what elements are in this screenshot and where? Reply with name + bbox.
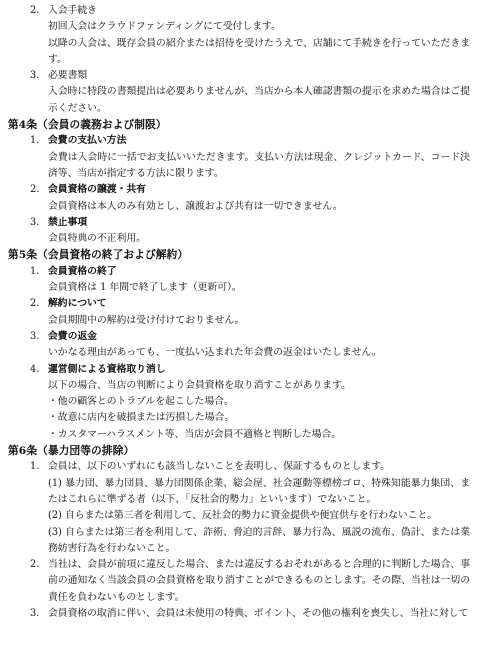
paragraph: 会員特典の不正利用。 xyxy=(48,231,470,247)
item-number: 2. xyxy=(30,296,48,329)
item-title: 禁止事項 xyxy=(48,215,470,231)
item-number: 4. xyxy=(30,362,48,443)
item-content: 会員は、以下のいずれにも該当しないことを表明し、保証するものとします。 (1) … xyxy=(48,459,470,557)
item-content: 会員資格の終了 会員資格は 1 年間で終了します（更新可）。 xyxy=(48,264,470,297)
item-content: 運営側による資格取り消し 以下の場合、当店の判断により会員資格を取り消すことがあ… xyxy=(48,362,470,443)
paragraph: 以下の場合、当店の判断により会員資格を取り消すことがあります。 xyxy=(48,378,470,394)
item-title: 会費の支払い方法 xyxy=(48,133,470,149)
bullet-item: ・他の顧客とのトラブルを起こした場合。 xyxy=(48,394,470,410)
paragraph: 会員資格は本人のみ有効とし、譲渡および共有は一切できません。 xyxy=(48,199,470,215)
paragraph: 会員資格は 1 年間で終了します（更新可）。 xyxy=(48,280,470,296)
paragraph: 以降の入会は、既存会員の紹介または招待を受けたうえで、店舗にて手続きを行っていた… xyxy=(48,36,470,69)
item-content: 入会手続き 初回入会はクラウドファンディングにて受付します。 以降の入会は、既存… xyxy=(48,3,470,68)
item-title: 必要書類 xyxy=(48,68,470,84)
list-item: 1. 会費の支払い方法 会費は入会時に一括でお支払いいただきます。支払い方法は現… xyxy=(8,133,470,182)
item-content: 会員資格の取消に伴い、会員は未使用の特典、ポイント、その他の権利を喪失し、当社に… xyxy=(48,606,470,622)
list-item: 2. 当社は、会員が前項に違反した場合、または違反するおそれがあると合理的に判断… xyxy=(8,557,470,606)
item-content: 解約について 会員期間中の解約は受け付けておりません。 xyxy=(48,296,470,329)
paragraph: 会員資格の取消に伴い、会員は未使用の特典、ポイント、その他の権利を喪失し、当社に… xyxy=(48,606,470,622)
item-number: 2. xyxy=(30,182,48,215)
item-title: 会員資格の終了 xyxy=(48,264,470,280)
item-content: 禁止事項 会員特典の不正利用。 xyxy=(48,215,470,248)
item-content: 会員資格の譲渡・共有 会員資格は本人のみ有効とし、譲渡および共有は一切できません… xyxy=(48,182,470,215)
item-content: 必要書類 入会時に特段の書類提出は必要ありませんが、当店から本人確認書類の提示を… xyxy=(48,68,470,117)
sub-clause: (1) 暴力団、暴力団員、暴力団関係企業、総会屋、社会運動等標榜ゴロ、特殊知能暴… xyxy=(48,476,470,509)
sub-clause: (3) 自らまたは第三者を利用して、詐術、脅迫的言辞、暴力行為、風説の流布、偽計… xyxy=(48,525,470,558)
article-heading: 第6条（暴力団等の排除） xyxy=(8,443,470,459)
list-item: 1. 会員資格の終了 会員資格は 1 年間で終了します（更新可）。 xyxy=(8,264,470,297)
list-item: 3. 会費の返金 いかなる理由があっても、一度払い込まれた年会費の返金はいたしま… xyxy=(8,329,470,362)
item-title: 入会手続き xyxy=(48,3,470,19)
item-title: 会員資格の譲渡・共有 xyxy=(48,182,470,198)
list-item: 2. 解約について 会員期間中の解約は受け付けておりません。 xyxy=(8,296,470,329)
list-item: 2. 会員資格の譲渡・共有 会員資格は本人のみ有効とし、譲渡および共有は一切でき… xyxy=(8,182,470,215)
item-number: 1. xyxy=(30,264,48,297)
item-number: 2. xyxy=(30,3,48,68)
item-number: 1. xyxy=(30,459,48,557)
item-title: 解約について xyxy=(48,296,470,312)
paragraph: 会員は、以下のいずれにも該当しないことを表明し、保証するものとします。 xyxy=(48,459,470,475)
list-item: 3. 必要書類 入会時に特段の書類提出は必要ありませんが、当店から本人確認書類の… xyxy=(8,68,470,117)
list-item: 3. 禁止事項 会員特典の不正利用。 xyxy=(8,215,470,248)
list-item: 2. 入会手続き 初回入会はクラウドファンディングにて受付します。 以降の入会は… xyxy=(8,3,470,68)
item-content: 当社は、会員が前項に違反した場合、または違反するおそれがあると合理的に判断した場… xyxy=(48,557,470,606)
paragraph: 入会時に特段の書類提出は必要ありませんが、当店から本人確認書類の提示を求めた場合… xyxy=(48,84,470,117)
paragraph: いかなる理由があっても、一度払い込まれた年会費の返金はいたしません。 xyxy=(48,345,470,361)
item-title: 運営側による資格取り消し xyxy=(48,362,470,378)
bullet-item: ・カスタマーハラスメント等、当店が会員不適格と判断した場合。 xyxy=(48,427,470,443)
item-number: 3. xyxy=(30,329,48,362)
terms-document-page: 2. 入会手続き 初回入会はクラウドファンディングにて受付します。 以降の入会は… xyxy=(0,0,478,646)
paragraph: 当社は、会員が前項に違反した場合、または違反するおそれがあると合理的に判断した場… xyxy=(48,557,470,606)
item-content: 会費の返金 いかなる理由があっても、一度払い込まれた年会費の返金はいたしません。 xyxy=(48,329,470,362)
item-content: 会費の支払い方法 会費は入会時に一括でお支払いいただきます。支払い方法は現金、ク… xyxy=(48,133,470,182)
item-number: 2. xyxy=(30,557,48,606)
article-heading: 第4条（会員の義務および制限） xyxy=(8,117,470,133)
item-number: 1. xyxy=(30,133,48,182)
sub-clause: (2) 自らまたは第三者を利用して、反社会的勢力に資金提供や便宜供与を行わないこ… xyxy=(48,508,470,524)
list-item: 3. 会員資格の取消に伴い、会員は未使用の特典、ポイント、その他の権利を喪失し、… xyxy=(8,606,470,622)
item-number: 3. xyxy=(30,68,48,117)
item-number: 3. xyxy=(30,215,48,248)
article-heading: 第5条（会員資格の終了および解約） xyxy=(8,247,470,263)
paragraph: 会員期間中の解約は受け付けておりません。 xyxy=(48,313,470,329)
item-number: 3. xyxy=(30,606,48,622)
item-title: 会費の返金 xyxy=(48,329,470,345)
bullet-item: ・故意に店内を破損または汚損した場合。 xyxy=(48,410,470,426)
list-item: 4. 運営側による資格取り消し 以下の場合、当店の判断により会員資格を取り消すこ… xyxy=(8,362,470,443)
paragraph: 会費は入会時に一括でお支払いいただきます。支払い方法は現金、クレジットカード、コ… xyxy=(48,150,470,183)
paragraph: 初回入会はクラウドファンディングにて受付します。 xyxy=(48,19,470,35)
list-item: 1. 会員は、以下のいずれにも該当しないことを表明し、保証するものとします。 (… xyxy=(8,459,470,557)
